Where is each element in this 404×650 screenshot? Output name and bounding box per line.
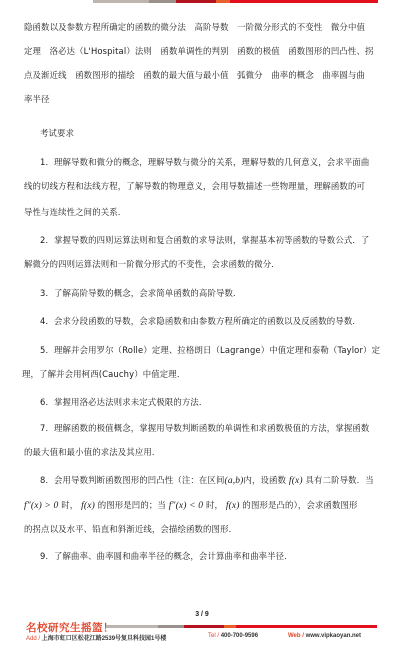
footer-bar-segment-5 [236, 625, 377, 628]
footer-bar-segment-4 [224, 625, 236, 628]
footer-bar-segment-1 [106, 625, 158, 628]
requirement-item-4: 4．会求分段函数的导数，会求隐函数和由参数方程所确定的函数以及反函数的导数． [40, 315, 380, 327]
topics-line: 定理 洛必达（L'Hospital）法则 函数单调性的判别 函数的极值 函数图形… [24, 45, 380, 57]
item-line: 8．会用导数判断函数图形的凹凸性（注：在区间(a,b)内，设函数 f(x) 具有… [40, 474, 380, 487]
header-bar-segment-1 [93, 0, 149, 3]
math-function: f(x) [226, 501, 240, 511]
footer-bar-segment-2 [158, 625, 184, 628]
math-function: f(x) [289, 476, 303, 486]
item-line: f″(x) > 0 时， f(x) 的图形是凹的；当 f″(x) < 0 时， … [24, 499, 380, 512]
web-label: Web / [288, 633, 304, 639]
item-line: 1．理解导数和微分的概念，理解导数与微分的关系，理解导数的几何意义，会求平面曲 [40, 156, 380, 168]
math-interval: (a,b) [225, 476, 244, 486]
footer-address: Add / 上海市虹口区松花江路2539号复旦科技园1号楼 [26, 633, 166, 642]
math-second-derivative-positive: f″(x) > 0 [24, 501, 58, 511]
item-line: 导性与连续性之间的关系． [24, 206, 380, 218]
text: 的图形是凸的），会求函数图形 [242, 500, 357, 510]
section-heading: 考试要求 [40, 127, 380, 139]
text: 时， [206, 500, 223, 510]
topics-line: 率半径 [24, 93, 380, 105]
address-label: Add / [26, 636, 40, 642]
text: 具有二阶导数．当 [306, 475, 374, 485]
header-bar-segment-2 [149, 0, 176, 3]
footer-bar-segment-3 [184, 625, 224, 628]
header-bar-segment-4 [216, 0, 230, 3]
math-function: f(x) [81, 501, 95, 511]
math-second-derivative-negative: f″(x) < 0 [169, 501, 203, 511]
text: 时， [61, 500, 78, 510]
requirement-item-3: 3．了解高阶导数的概念，会求简单函数的高阶导数． [40, 287, 380, 299]
footer-web: Web / www.vipkaoyan.net [288, 633, 361, 639]
header-bar-segment-5 [230, 0, 378, 3]
text: 的图形是凹的；当 [98, 500, 166, 510]
tel-value: 400-700-9596 [221, 633, 258, 639]
item-line: 2．掌握导数的四则运算法则和复合函数的求导法则，掌握基本初等函数的导数公式．了 [40, 234, 380, 246]
item-line: 7．理解函数的极值概念，掌握用导数判断函数的单调性和求函数极值的方法，掌握函数 [40, 422, 380, 434]
item-line: 理，了解并会用柯西(Cauchy）中值定理． [22, 368, 378, 380]
page-number: 3 / 9 [0, 611, 404, 618]
topics-line: 点及渐近线 函数图形的描绘 函数的最大值与最小值 弧微分 曲率的概念 曲率圆与曲 [24, 69, 380, 81]
item-line: 5．理解并会用罗尔（Rolle）定理、拉格朗日（Lagrange）中值定理和泰勒… [40, 344, 380, 356]
item-line: 的拐点以及水平、铅直和斜渐近线，会描绘函数的图形． [24, 523, 380, 535]
tel-label: Tel / [208, 633, 219, 639]
topics-line: 隐函数以及参数方程所确定的函数的微分法 高阶导数 一阶微分形式的不变性 微分中值 [24, 21, 380, 33]
item-line: 的最大值和最小值的求法及其应用． [24, 446, 380, 458]
requirement-item-6: 6．掌握用洛必达法则求未定式极限的方法． [40, 396, 380, 408]
web-link[interactable]: www.vipkaoyan.net [306, 633, 361, 639]
item-line: 线的切线方程和法线方程，了解导数的物理意义，会用导数描述一些物理量，理解函数的可 [24, 180, 380, 192]
footer-tel: Tel / 400-700-9596 [208, 633, 258, 639]
item-line: 解微分的四则运算法则和一阶微分形式的不变性，会求函数的微分． [24, 258, 380, 270]
text: 内，设函数 [243, 475, 286, 485]
address-value: 上海市虹口区松花江路2539号复旦科技园1号楼 [42, 636, 167, 642]
requirement-item-9: 9．了解曲率、曲率圆和曲率半径的概念，会计算曲率和曲率半径． [40, 550, 380, 562]
text: 8．会用导数判断函数图形的凹凸性（注：在区间 [40, 475, 225, 485]
header-bar-segment-3 [176, 0, 216, 3]
